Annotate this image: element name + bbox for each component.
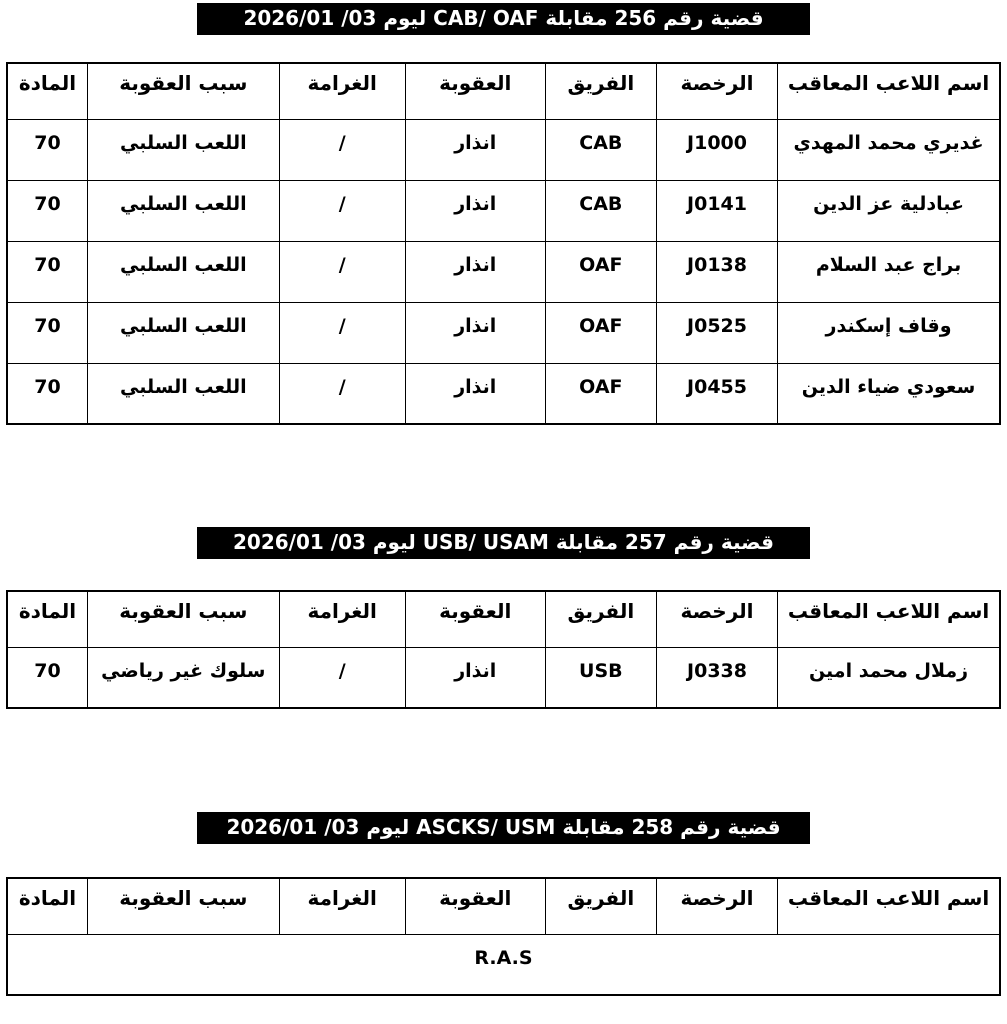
fine-cell: / <box>279 647 405 708</box>
reason-cell: اللعب السلبي <box>87 302 279 363</box>
team-cell: CAB <box>545 180 656 241</box>
article-cell: 70 <box>7 180 87 241</box>
license-cell: J0138 <box>656 241 777 302</box>
case-section-257: قضية رقم 257 مقابلة USB/ USAM ليوم 03/ 2… <box>0 527 1007 709</box>
sanctions-table-case-258: اسم اللاعب المعاقب الرخصة الفريق العقوبة… <box>6 877 1001 996</box>
license-cell: J1000 <box>656 119 777 180</box>
article-cell: 70 <box>7 647 87 708</box>
table-row: غديري محمد المهدي J1000 CAB انذار / اللع… <box>7 119 1000 180</box>
team-cell: CAB <box>545 119 656 180</box>
article-cell: 70 <box>7 302 87 363</box>
team-cell: OAF <box>545 241 656 302</box>
team-cell: OAF <box>545 363 656 424</box>
column-header-team: الفريق <box>545 591 656 647</box>
fine-cell: / <box>279 302 405 363</box>
fine-cell: / <box>279 363 405 424</box>
license-cell: J0338 <box>656 647 777 708</box>
column-header-article: المادة <box>7 591 87 647</box>
sanction-cell: انذار <box>405 119 545 180</box>
player-name-cell: زملال محمد امين <box>778 647 1000 708</box>
player-name-cell: غديري محمد المهدي <box>778 119 1000 180</box>
sanctions-table-case-256: اسم اللاعب المعاقب الرخصة الفريق العقوبة… <box>6 62 1001 425</box>
header-row: اسم اللاعب المعاقب الرخصة الفريق العقوبة… <box>7 591 1000 647</box>
table-row: وقاف إسكندر J0525 OAF انذار / اللعب السل… <box>7 302 1000 363</box>
fine-cell: / <box>279 119 405 180</box>
fine-cell: / <box>279 180 405 241</box>
column-header-license: الرخصة <box>656 878 777 934</box>
table-row: سعودي ضياء الدين J0455 OAF انذار / اللعب… <box>7 363 1000 424</box>
license-cell: J0455 <box>656 363 777 424</box>
column-header-player-name: اسم اللاعب المعاقب <box>778 878 1000 934</box>
article-cell: 70 <box>7 241 87 302</box>
sanction-cell: انذار <box>405 241 545 302</box>
nothing-to-report-cell: R.A.S <box>7 934 1000 995</box>
fine-cell: / <box>279 241 405 302</box>
article-cell: 70 <box>7 119 87 180</box>
reason-cell: سلوك غير رياضي <box>87 647 279 708</box>
sanction-cell: انذار <box>405 302 545 363</box>
license-cell: J0525 <box>656 302 777 363</box>
sanction-cell: انذار <box>405 180 545 241</box>
case-section-256: قضية رقم 256 مقابلة CAB/ OAF ليوم 03/ 20… <box>0 3 1007 425</box>
header-row: اسم اللاعب المعاقب الرخصة الفريق العقوبة… <box>7 878 1000 934</box>
reason-cell: اللعب السلبي <box>87 119 279 180</box>
column-header-fine: الغرامة <box>279 63 405 119</box>
sanctions-table-case-257: اسم اللاعب المعاقب الرخصة الفريق العقوبة… <box>6 590 1001 709</box>
column-header-reason: سبب العقوبة <box>87 591 279 647</box>
column-header-reason: سبب العقوبة <box>87 878 279 934</box>
case-title-text: قضية رقم 258 مقابلة ASCKS/ USM ليوم 03/ … <box>226 815 780 839</box>
column-header-player-name: اسم اللاعب المعاقب <box>778 591 1000 647</box>
column-header-license: الرخصة <box>656 591 777 647</box>
team-cell: OAF <box>545 302 656 363</box>
license-cell: J0141 <box>656 180 777 241</box>
sanction-cell: انذار <box>405 647 545 708</box>
column-header-sanction: العقوبة <box>405 591 545 647</box>
case-title-text: قضية رقم 256 مقابلة CAB/ OAF ليوم 03/ 20… <box>243 6 763 30</box>
table-row: براج عبد السلام J0138 OAF انذار / اللعب … <box>7 241 1000 302</box>
player-name-cell: براج عبد السلام <box>778 241 1000 302</box>
reason-cell: اللعب السلبي <box>87 363 279 424</box>
article-cell: 70 <box>7 363 87 424</box>
case-title-bar: قضية رقم 257 مقابلة USB/ USAM ليوم 03/ 2… <box>197 527 810 559</box>
player-name-cell: عبادلية عز الدين <box>778 180 1000 241</box>
case-section-258: قضية رقم 258 مقابلة ASCKS/ USM ليوم 03/ … <box>0 812 1007 996</box>
column-header-team: الفريق <box>545 878 656 934</box>
column-header-fine: الغرامة <box>279 878 405 934</box>
sanction-cell: انذار <box>405 363 545 424</box>
case-title-text: قضية رقم 257 مقابلة USB/ USAM ليوم 03/ 2… <box>233 530 774 554</box>
column-header-reason: سبب العقوبة <box>87 63 279 119</box>
column-header-player-name: اسم اللاعب المعاقب <box>778 63 1000 119</box>
table-row: زملال محمد امين J0338 USB انذار / سلوك غ… <box>7 647 1000 708</box>
column-header-fine: الغرامة <box>279 591 405 647</box>
case-title-bar: قضية رقم 258 مقابلة ASCKS/ USM ليوم 03/ … <box>197 812 810 844</box>
header-row: اسم اللاعب المعاقب الرخصة الفريق العقوبة… <box>7 63 1000 119</box>
column-header-sanction: العقوبة <box>405 63 545 119</box>
player-name-cell: سعودي ضياء الدين <box>778 363 1000 424</box>
reason-cell: اللعب السلبي <box>87 241 279 302</box>
team-cell: USB <box>545 647 656 708</box>
column-header-article: المادة <box>7 63 87 119</box>
column-header-team: الفريق <box>545 63 656 119</box>
case-title-bar: قضية رقم 256 مقابلة CAB/ OAF ليوم 03/ 20… <box>197 3 810 35</box>
player-name-cell: وقاف إسكندر <box>778 302 1000 363</box>
document-page: قضية رقم 256 مقابلة CAB/ OAF ليوم 03/ 20… <box>0 0 1007 1024</box>
reason-cell: اللعب السلبي <box>87 180 279 241</box>
column-header-sanction: العقوبة <box>405 878 545 934</box>
column-header-article: المادة <box>7 878 87 934</box>
column-header-license: الرخصة <box>656 63 777 119</box>
table-row: R.A.S <box>7 934 1000 995</box>
table-row: عبادلية عز الدين J0141 CAB انذار / اللعب… <box>7 180 1000 241</box>
